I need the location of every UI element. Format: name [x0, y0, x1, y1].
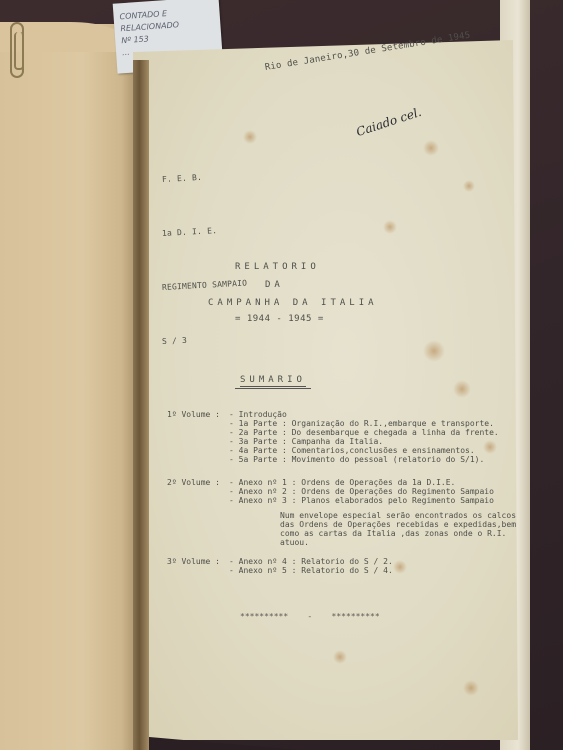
header-line: 1a D. I. E. [162, 221, 248, 243]
stain [453, 380, 471, 398]
stain [383, 220, 397, 234]
header-line: S / 3 [162, 329, 248, 351]
title-years: = 1944 - 1945 = [235, 314, 405, 324]
stain [463, 180, 475, 192]
volume-item: - Anexo nº 5 : Relatorio do S / 4. [229, 566, 393, 575]
envelope-note: Num envelope especial serão encontrados … [280, 511, 516, 547]
stain [423, 140, 439, 156]
stain [463, 680, 479, 696]
header-line: F. E. B. [162, 167, 248, 189]
volume-item: - 1a Parte : Organização do R.I.,embarqu… [229, 419, 499, 428]
volume-item: - Anexo nº 4 : Relatorio do S / 2. [229, 557, 393, 566]
stain [423, 340, 445, 362]
volume-item: - 5a Parte : Movimento do pessoal (relat… [229, 455, 499, 464]
closing-separator: ********** - ********** [240, 612, 380, 621]
volume-label: 1º Volume : [167, 410, 229, 464]
stain [333, 650, 347, 664]
volume-label: 2º Volume : [167, 478, 229, 505]
header-block: F. E. B. 1a D. I. E. REGIMENTO SAMPAIO S… [162, 135, 247, 369]
book-gutter [133, 60, 149, 750]
volume-item: - 4a Parte : Comentarios,conclusões e en… [229, 446, 499, 455]
volume-2: 2º Volume : - Anexo nº 1 : Ordens de Ope… [167, 478, 516, 547]
note-text-line: Num envelope especial serão encontrados … [280, 511, 516, 520]
summary-heading: SUMARIO [240, 375, 306, 387]
note-text-line: como as cartas da Italia ,das zonas onde… [280, 529, 516, 538]
title-line-1: RELATORIO [235, 262, 405, 272]
volume-item: - Anexo nº 2 : Ordens de Operações do Re… [229, 487, 494, 496]
paperclip-icon [10, 22, 24, 78]
title-line-3: CAMPANHA DA ITALIA [208, 298, 405, 308]
volume-item: - 2a Parte : Do desembarque e chegada a … [229, 428, 499, 437]
volume-item: - 3a Parte : Campanha da Italia. [229, 437, 499, 446]
volume-label: 3º Volume : [167, 557, 229, 575]
volume-1: 1º Volume : - Introdução - 1a Parte : Or… [167, 410, 499, 464]
volume-3: 3º Volume : - Anexo nº 4 : Relatorio do … [167, 557, 393, 575]
note-text-line: das Ordens de Operações recebidas e expe… [280, 520, 516, 529]
volume-item: - Anexo nº 1 : Ordens de Operações da 1a… [229, 478, 494, 487]
volume-item: - Introdução [229, 410, 499, 419]
stain [393, 560, 407, 574]
title-line-2: DA [265, 280, 405, 290]
note-text-line: atuou. [280, 538, 516, 547]
left-page [0, 24, 138, 750]
title-block: RELATORIO DA CAMPANHA DA ITALIA = 1944 -… [205, 262, 405, 324]
volume-item: - Anexo nº 3 : Planos elaborados pelo Re… [229, 496, 494, 505]
